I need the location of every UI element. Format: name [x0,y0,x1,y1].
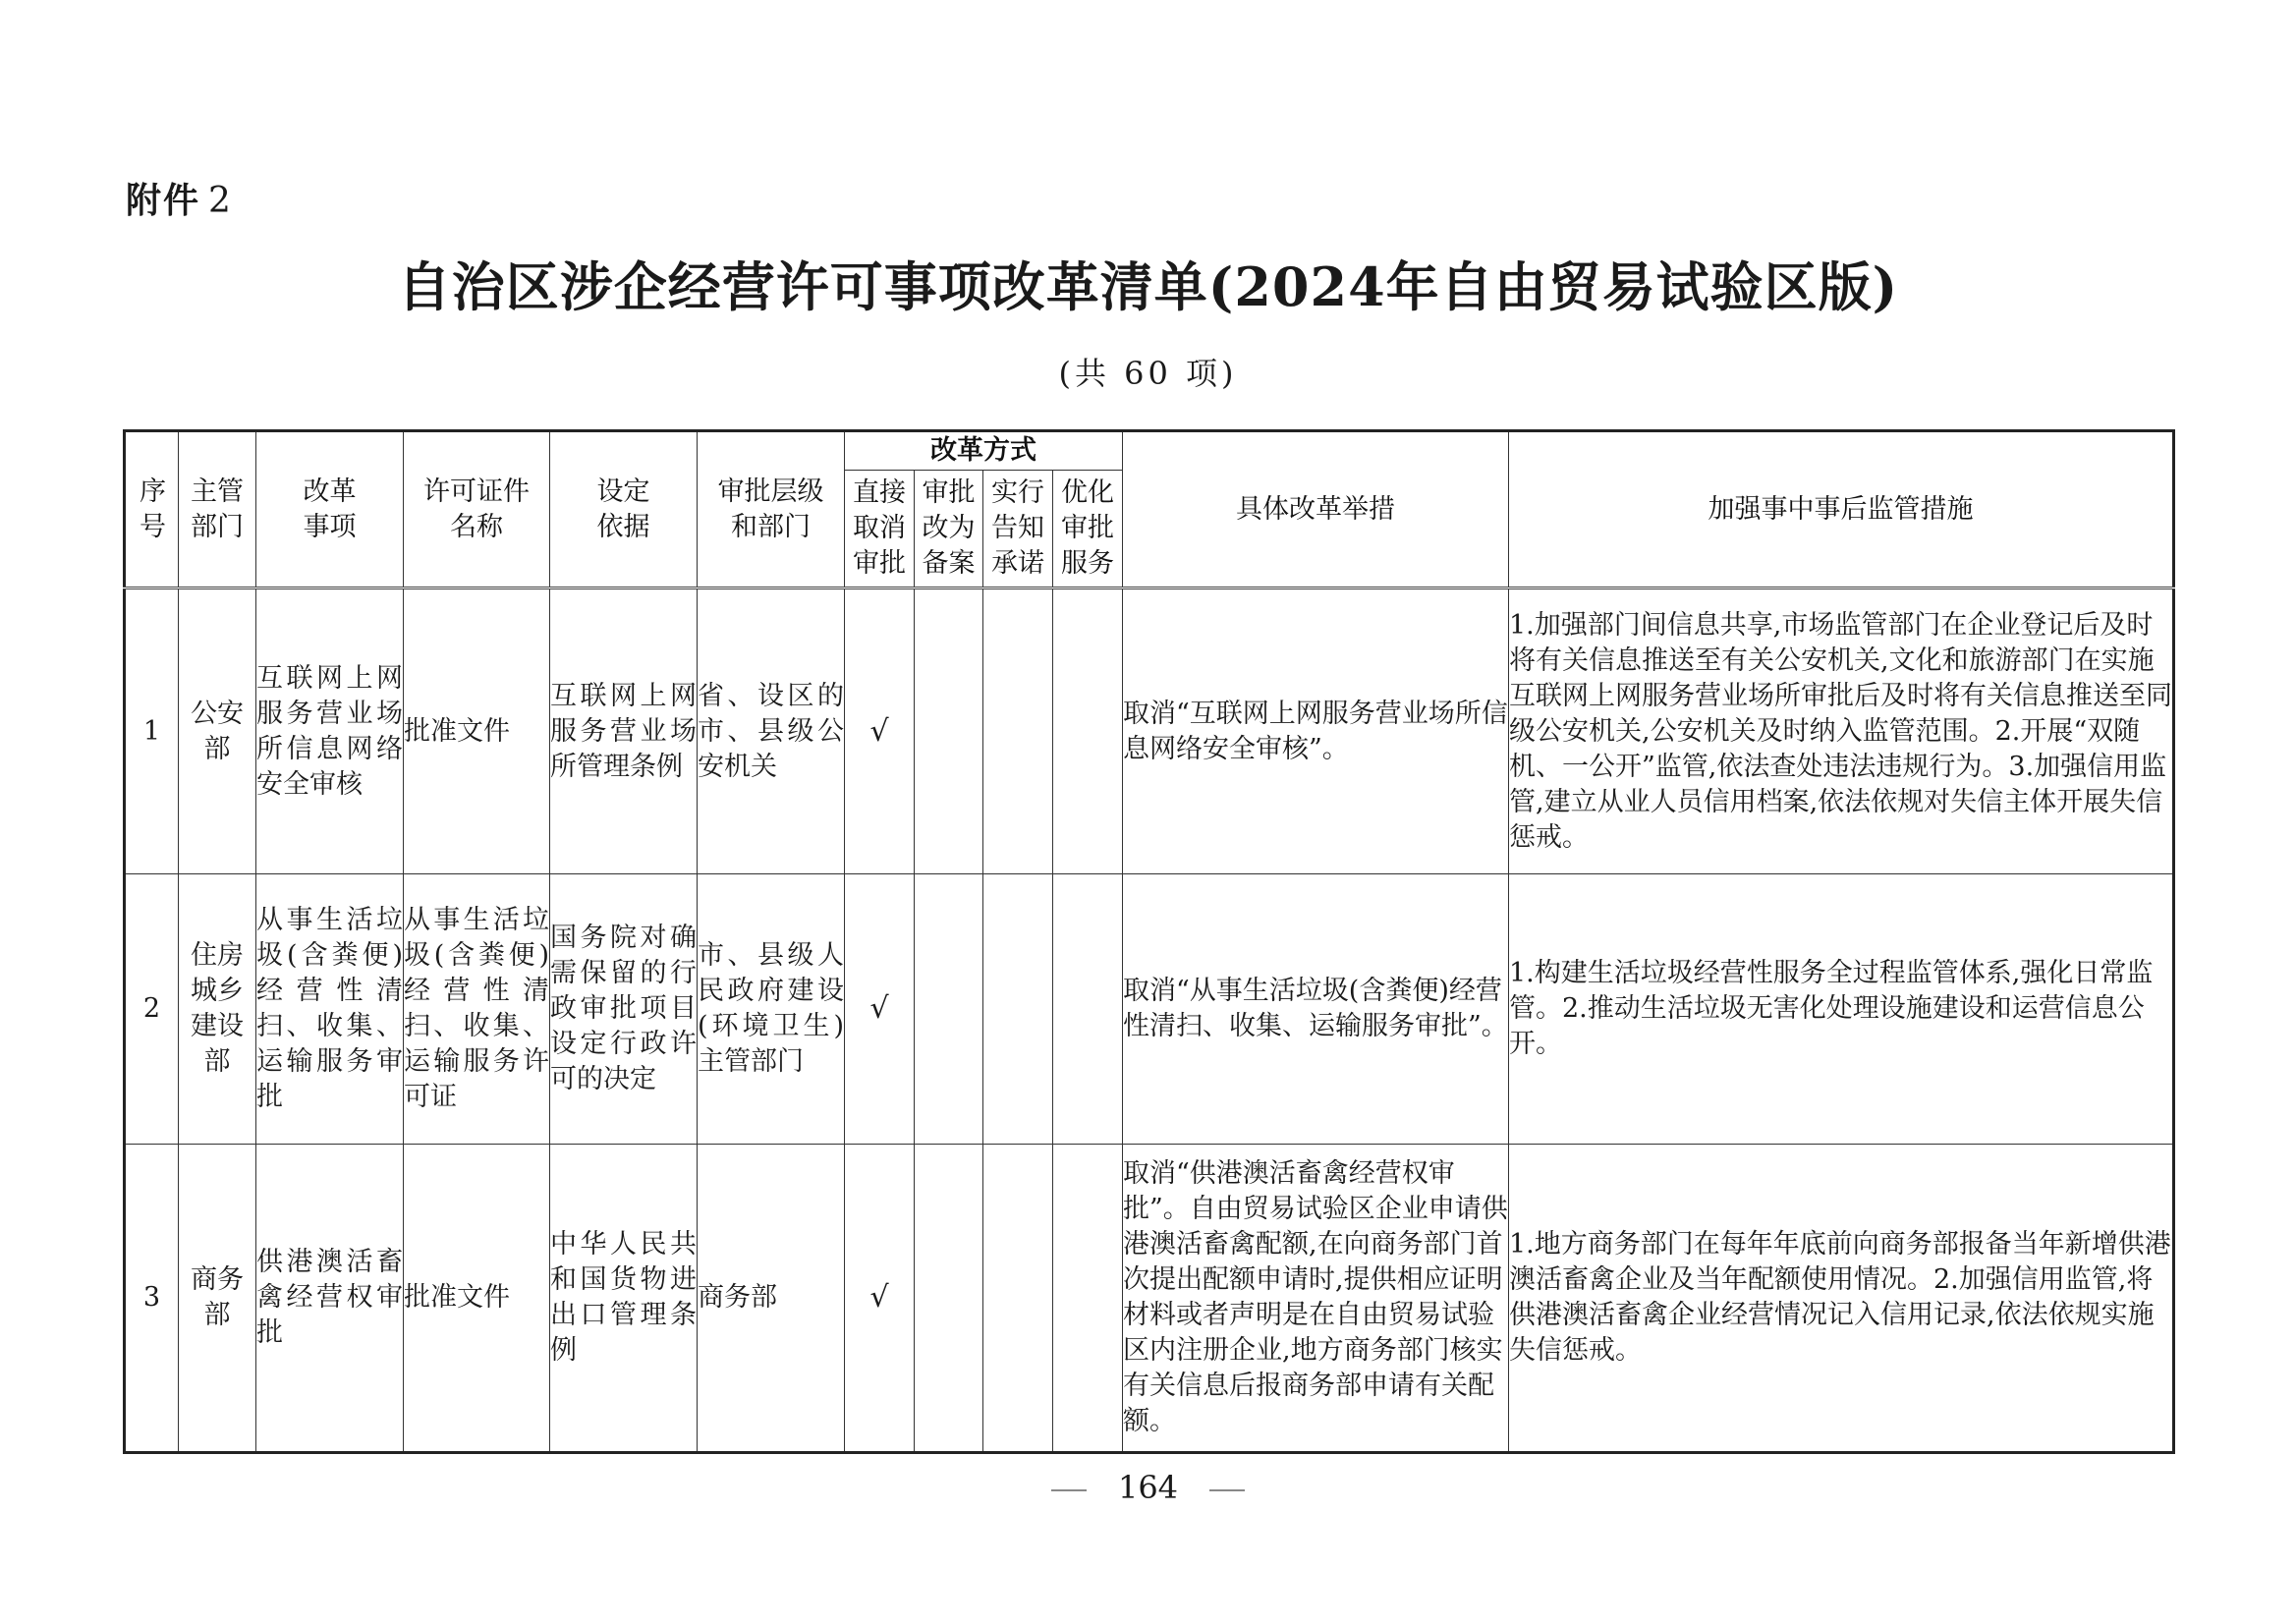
header-supervision: 加强事中事后监管措施 [1509,431,2174,588]
cell-item: 从事生活垃圾(含粪便)经营性清扫、收集、运输服务审批 [256,874,404,1145]
cell-mode-notify [983,1145,1053,1453]
header-seq: 序号 [125,431,179,588]
page-number: 164 [0,1469,2296,1506]
cell-level: 商务部 [698,1145,845,1453]
cell-mode-notify [983,588,1053,874]
cell-mode-cancel: √ [845,1145,915,1453]
document-title: 自治区涉企经营许可事项改革清单(2024年自由贸易试验区版) [0,246,2296,321]
cell-basis: 中华人民共和国货物进出口管理条例 [550,1145,698,1453]
cell-mode-optimize [1053,588,1123,874]
cell-mode-filing [915,874,983,1145]
cell-license: 批准文件 [404,1145,550,1453]
dash-left [1051,1489,1087,1491]
cell-mode-cancel: √ [845,874,915,1145]
cell-license: 从事生活垃圾(含粪便)经营性清扫、收集、运输服务许可证 [404,874,550,1145]
dash-right [1209,1489,1245,1491]
cell-item: 互联网上网服务营业场所信息网络安全审核 [256,588,404,874]
cell-mode-filing [915,1145,983,1453]
cell-supervision: 1.构建生活垃圾经营性服务全过程监管体系,强化日常监管。2.推动生活垃圾无害化处… [1509,874,2174,1145]
cell-supervision: 1.地方商务部门在每年年底前向商务部报备当年新增供港澳活畜禽企业及当年配额使用情… [1509,1145,2174,1453]
header-reform-group: 改革方式 [845,431,1123,471]
header-license: 许可证件名称 [404,431,550,588]
cell-level: 省、设区的市、县级公安机关 [698,588,845,874]
table-row: 1 公安部 互联网上网服务营业场所信息网络安全审核 批准文件 互联网上网服务营业… [125,588,2174,874]
cell-measures: 取消“从事生活垃圾(含粪便)经营性清扫、收集、运输服务审批”。 [1123,874,1509,1145]
cell-seq: 2 [125,874,179,1145]
header-mode-filing: 审批改为备案 [915,471,983,588]
header-measures: 具体改革举措 [1123,431,1509,588]
cell-item: 供港澳活畜禽经营权审批 [256,1145,404,1453]
header-level: 审批层级和部门 [698,431,845,588]
header-basis: 设定依据 [550,431,698,588]
cell-basis: 互联网上网服务营业场所管理条例 [550,588,698,874]
cell-mode-optimize [1053,874,1123,1145]
cell-supervision: 1.加强部门间信息共享,市场监管部门在企业登记后及时将有关信息推送至有关公安机关… [1509,588,2174,874]
cell-mode-filing [915,588,983,874]
item-count: (共 60 项) [0,349,2296,394]
cell-dept: 公安部 [179,588,256,874]
cell-mode-notify [983,874,1053,1145]
header-item: 改革事项 [256,431,404,588]
cell-dept: 住房城乡建设部 [179,874,256,1145]
cell-seq: 1 [125,588,179,874]
header-mode-notify: 实行告知承诺 [983,471,1053,588]
cell-seq: 3 [125,1145,179,1453]
header-mode-cancel: 直接取消审批 [845,471,915,588]
table-row: 2 住房城乡建设部 从事生活垃圾(含粪便)经营性清扫、收集、运输服务审批 从事生… [125,874,2174,1145]
header-dept: 主管部门 [179,431,256,588]
reform-list-table: 序号 主管部门 改革事项 许可证件名称 设定依据 审批层级和部门 改革方式 具体… [123,429,2175,1454]
attachment-text: 附件 [126,181,200,221]
table-row: 3 商务部 供港澳活畜禽经营权审批 批准文件 中华人民共和国货物进出口管理条例 … [125,1145,2174,1453]
cell-basis: 国务院对确需保留的行政审批项目设定行政许可的决定 [550,874,698,1145]
cell-mode-optimize [1053,1145,1123,1453]
cell-level: 市、县级人民政府建设(环境卫生)主管部门 [698,874,845,1145]
attachment-label: 附件2 [126,173,233,223]
attachment-number: 2 [208,181,233,221]
cell-measures: 取消“供港澳活畜禽经营权审批”。自由贸易试验区企业申请供港澳活畜禽配额,在向商务… [1123,1145,1509,1453]
cell-license: 批准文件 [404,588,550,874]
header-mode-optimize: 优化审批服务 [1053,471,1123,588]
cell-dept: 商务部 [179,1145,256,1453]
cell-mode-cancel: √ [845,588,915,874]
page-number-text: 164 [1118,1469,1178,1506]
cell-measures: 取消“互联网上网服务营业场所信息网络安全审核”。 [1123,588,1509,874]
